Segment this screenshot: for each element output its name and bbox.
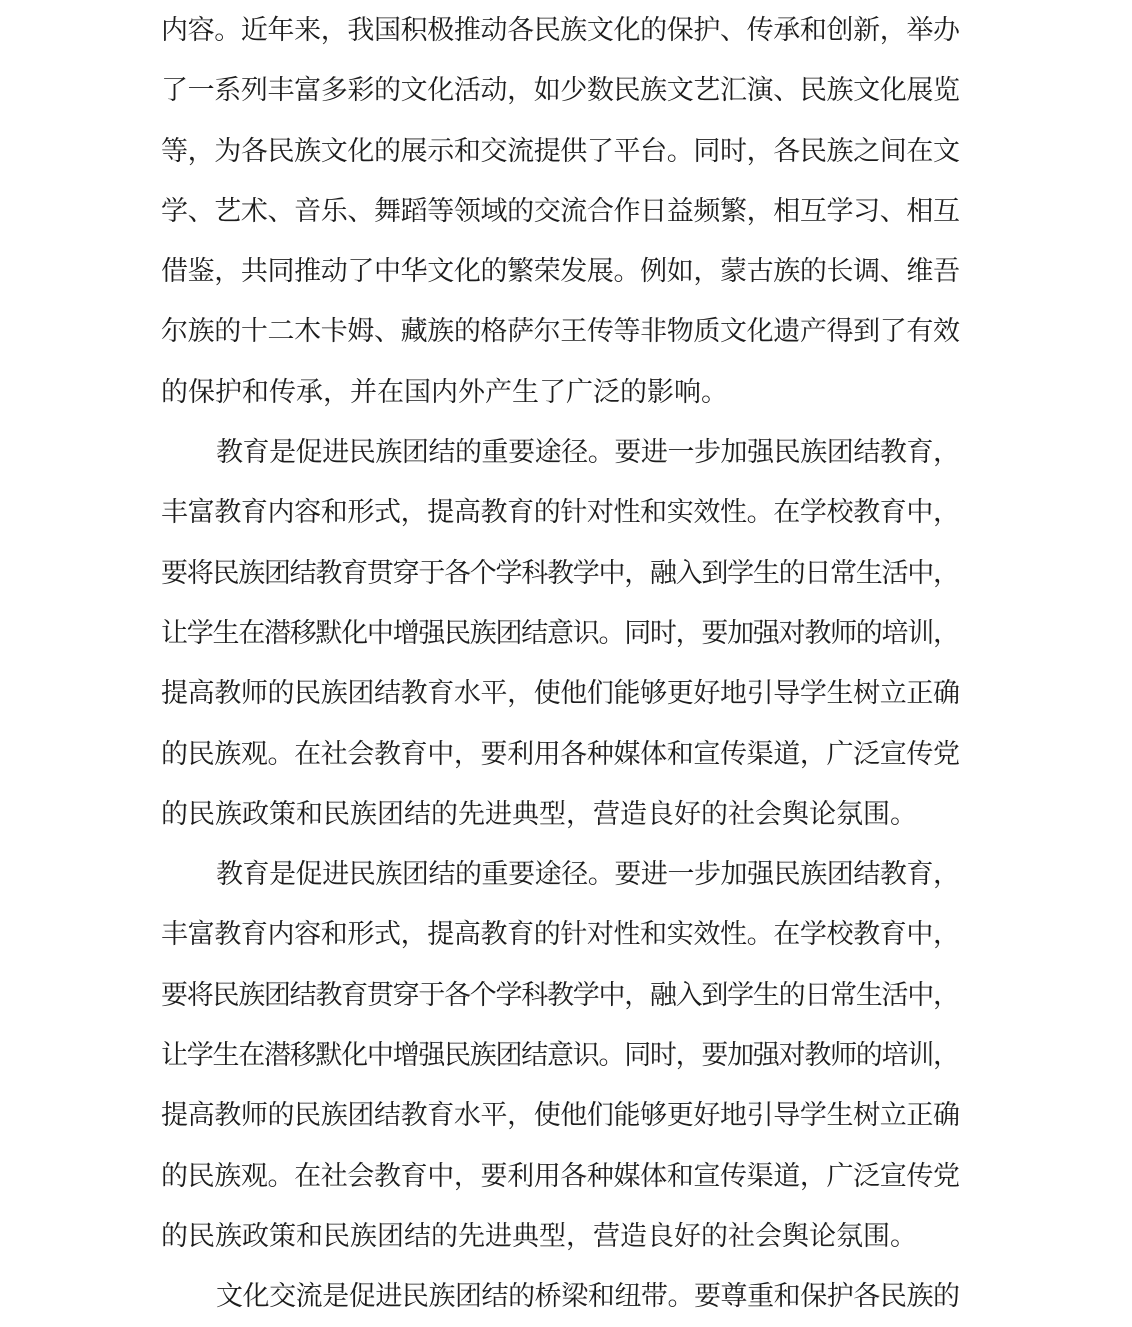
text-line-content: 借鉴，共同推动了中华文化的繁荣发展。例如，蒙古族的长调、维吾 bbox=[161, 241, 960, 301]
text-line: 的民族政策和民族团结的先进典型，营造良好的社会舆论氛围。 bbox=[161, 1206, 960, 1266]
text-line: 尔族的十二木卡姆、藏族的格萨尔王传等非物质文化遗产得到了有效 bbox=[161, 301, 960, 361]
text-line-content: 文化交流是促进民族团结的桥梁和纽带。要尊重和保护各民族的 bbox=[216, 1266, 960, 1326]
text-line: 要将民族团结教育贯穿于各个学科教学中，融入到学生的日常生活中， bbox=[161, 965, 960, 1025]
text-line-content: 教育是促进民族团结的重要途径。要进一步加强民族团结教育， bbox=[216, 422, 960, 482]
text-line: 的民族观。在社会教育中，要利用各种媒体和宣传渠道，广泛宣传党 bbox=[161, 724, 960, 784]
document-page: 内容。近年来，我国积极推动各民族文化的保护、传承和创新，举办了一系列丰富多彩的文… bbox=[0, 0, 1132, 1327]
text-line-content: 内容。近年来，我国积极推动各民族文化的保护、传承和创新，举办 bbox=[161, 0, 960, 60]
text-line: 提高教师的民族团结教育水平，使他们能够更好地引导学生树立正确 bbox=[161, 663, 960, 723]
text-line: 的民族观。在社会教育中，要利用各种媒体和宣传渠道，广泛宣传党 bbox=[161, 1146, 960, 1206]
text-line-content: 等，为各民族文化的展示和交流提供了平台。同时，各民族之间在文 bbox=[161, 121, 960, 181]
text-line-content: 尔族的十二木卡姆、藏族的格萨尔王传等非物质文化遗产得到了有效 bbox=[161, 301, 960, 361]
text-line: 让学生在潜移默化中增强民族团结意识。同时，要加强对教师的培训， bbox=[161, 1025, 960, 1085]
text-line: 借鉴，共同推动了中华文化的繁荣发展。例如，蒙古族的长调、维吾 bbox=[161, 241, 960, 301]
text-line-content: 的民族政策和民族团结的先进典型，营造良好的社会舆论氛围。 bbox=[161, 784, 917, 844]
text-line: 的民族政策和民族团结的先进典型，营造良好的社会舆论氛围。 bbox=[161, 784, 960, 844]
text-line-content: 让学生在潜移默化中增强民族团结意识。同时，要加强对教师的培训， bbox=[161, 603, 959, 663]
text-line-content: 丰富教育内容和形式，提高教育的针对性和实效性。在学校教育中， bbox=[161, 904, 960, 964]
text-line: 了一系列丰富多彩的文化活动，如少数民族文艺汇演、民族文化展览 bbox=[161, 60, 960, 120]
text-line-content: 提高教师的民族团结教育水平，使他们能够更好地引导学生树立正确 bbox=[161, 663, 960, 723]
text-line-content: 要将民族团结教育贯穿于各个学科教学中，融入到学生的日常生活中， bbox=[161, 965, 959, 1025]
text-line: 的保护和传承，并在国内外产生了广泛的影响。 bbox=[161, 362, 960, 422]
text-line: 让学生在潜移默化中增强民族团结意识。同时，要加强对教师的培训， bbox=[161, 603, 960, 663]
text-line-content: 教育是促进民族团结的重要途径。要进一步加强民族团结教育， bbox=[216, 844, 960, 904]
text-line-content: 的民族观。在社会教育中，要利用各种媒体和宣传渠道，广泛宣传党 bbox=[161, 724, 960, 784]
text-line: 教育是促进民族团结的重要途径。要进一步加强民族团结教育， bbox=[161, 844, 960, 904]
text-line: 等，为各民族文化的展示和交流提供了平台。同时，各民族之间在文 bbox=[161, 121, 960, 181]
text-line-content: 了一系列丰富多彩的文化活动，如少数民族文艺汇演、民族文化展览 bbox=[161, 60, 960, 120]
text-line-content: 的保护和传承，并在国内外产生了广泛的影响。 bbox=[161, 362, 728, 422]
document-text-block: 内容。近年来，我国积极推动各民族文化的保护、传承和创新，举办了一系列丰富多彩的文… bbox=[161, 0, 960, 1327]
text-line-content: 学、艺术、音乐、舞蹈等领域的交流合作日益频繁，相互学习、相互 bbox=[161, 181, 960, 241]
text-line-content: 的民族政策和民族团结的先进典型，营造良好的社会舆论氛围。 bbox=[161, 1206, 917, 1266]
text-line-content: 要将民族团结教育贯穿于各个学科教学中，融入到学生的日常生活中， bbox=[161, 543, 959, 603]
text-line: 教育是促进民族团结的重要途径。要进一步加强民族团结教育， bbox=[161, 422, 960, 482]
text-line: 学、艺术、音乐、舞蹈等领域的交流合作日益频繁，相互学习、相互 bbox=[161, 181, 960, 241]
text-line: 要将民族团结教育贯穿于各个学科教学中，融入到学生的日常生活中， bbox=[161, 543, 960, 603]
text-line: 文化交流是促进民族团结的桥梁和纽带。要尊重和保护各民族的 bbox=[161, 1266, 960, 1326]
text-line-content: 提高教师的民族团结教育水平，使他们能够更好地引导学生树立正确 bbox=[161, 1085, 960, 1145]
text-line: 丰富教育内容和形式，提高教育的针对性和实效性。在学校教育中， bbox=[161, 904, 960, 964]
text-line-content: 丰富教育内容和形式，提高教育的针对性和实效性。在学校教育中， bbox=[161, 482, 960, 542]
text-line-content: 的民族观。在社会教育中，要利用各种媒体和宣传渠道，广泛宣传党 bbox=[161, 1146, 960, 1206]
text-line: 丰富教育内容和形式，提高教育的针对性和实效性。在学校教育中， bbox=[161, 482, 960, 542]
text-line: 提高教师的民族团结教育水平，使他们能够更好地引导学生树立正确 bbox=[161, 1085, 960, 1145]
text-line-content: 让学生在潜移默化中增强民族团结意识。同时，要加强对教师的培训， bbox=[161, 1025, 959, 1085]
document-viewport: { "page": { "background_color": "#ffffff… bbox=[0, 0, 1132, 1327]
text-line: 内容。近年来，我国积极推动各民族文化的保护、传承和创新，举办 bbox=[161, 0, 960, 60]
